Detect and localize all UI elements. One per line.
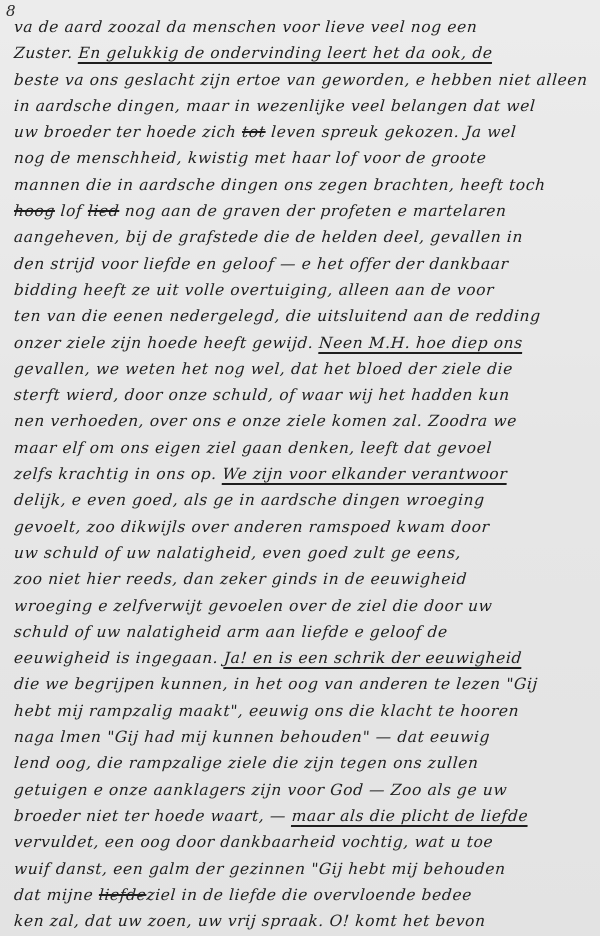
line-text: beste va ons geslacht zijn ertoe van gew… — [13, 71, 588, 89]
underlined-text: En gelukkig de ondervinding leert het da… — [78, 44, 493, 62]
line-text: zoo niet hier reeds, dan zeker ginds in … — [13, 570, 467, 588]
line-text: sterft wierd, door onze schuld, of waar … — [13, 386, 510, 404]
line-text: nog aan de graven der profeten e martela… — [119, 202, 508, 220]
line-text: nen verhoeden, over ons e onze ziele kom… — [13, 412, 517, 430]
line-text: broeder niet ter hoede waart, — — [13, 807, 292, 825]
line-text: maar elf om ons eigen ziel gaan denken, … — [13, 439, 492, 457]
line-text: den strijd voor liefde en geloof — e het… — [13, 255, 509, 273]
line-text: ken zal, dat uw zoen, uw vrij spraak. O!… — [13, 912, 486, 930]
manuscript-line: delijk, e even goed, als ge in aardsche … — [13, 487, 595, 513]
manuscript-line: nen verhoeden, over ons e onze ziele kom… — [13, 408, 595, 434]
manuscript-line: den strijd voor liefde en geloof — e het… — [13, 251, 595, 277]
manuscript-line: wuif danst, een galm der gezinnen "Gij h… — [13, 856, 595, 882]
line-text: aangeheven, bij de grafstede die de held… — [13, 228, 523, 246]
manuscript-line: onzer ziele zijn hoede heeft gewijd. Nee… — [13, 330, 595, 356]
line-text: lend oog, die rampzalige ziele die zijn … — [13, 754, 479, 772]
struck-text: lied — [87, 202, 120, 220]
underlined-text: Neen M.H. hoe diep ons — [318, 334, 523, 352]
line-text: Zuster. — [13, 44, 79, 62]
line-text: bidding heeft ze uit volle overtuiging, … — [13, 281, 494, 299]
underlined-text: maar als die plicht de liefde — [291, 807, 529, 825]
line-text: uw broeder ter hoede zich — [13, 123, 242, 141]
manuscript-line: hebt mij rampzalig maakt", eeuwig ons di… — [13, 698, 595, 724]
manuscript-line: dat mijne liefdeziel in de liefde die ov… — [13, 882, 595, 908]
manuscript-line: eeuwigheid is ingegaan. Ja! en is een sc… — [13, 645, 595, 671]
line-text: uw schuld of uw nalatigheid, even goed z… — [13, 544, 461, 562]
manuscript-line: hoog lof lied nog aan de graven der prof… — [13, 198, 595, 224]
line-text: mannen die in aardsche dingen ons zegen … — [13, 176, 546, 194]
handwritten-text-body: va de aard zoozal da menschen voor lieve… — [14, 14, 594, 934]
line-text: va de aard zoozal da menschen voor lieve… — [13, 18, 478, 36]
line-text: ziel in de liefde die overvloende bedee — [146, 886, 473, 904]
manuscript-line: naga lmen "Gij had mij kunnen behouden" … — [13, 724, 595, 750]
line-text: vervuldet, een oog door dankbaarheid voc… — [13, 833, 494, 851]
line-text: in aardsche dingen, maar in wezenlijke v… — [13, 97, 536, 115]
manuscript-line: gevoelt, zoo dikwijls over anderen ramsp… — [13, 514, 595, 540]
line-text: leven spreuk gekozen. Ja wel — [265, 123, 517, 141]
line-text: wroeging e zelfverwijt gevoelen over de … — [13, 597, 493, 615]
manuscript-line: zoo niet hier reeds, dan zeker ginds in … — [13, 566, 595, 592]
manuscript-line: uw schuld of uw nalatigheid, even goed z… — [13, 540, 595, 566]
manuscript-line: mannen die in aardsche dingen ons zegen … — [13, 172, 595, 198]
manuscript-line: die we begrijpen kunnen, in het oog van … — [13, 671, 595, 697]
struck-text: liefde — [98, 886, 147, 904]
line-text: onzer ziele zijn hoede heeft gewijd. — [13, 334, 319, 352]
underlined-text: We zijn voor elkander verantwoor — [222, 465, 508, 483]
manuscript-line: ken zal, dat uw zoen, uw vrij spraak. O!… — [13, 908, 595, 934]
manuscript-line: lend oog, die rampzalige ziele die zijn … — [13, 750, 595, 776]
line-text: schuld of uw nalatigheid arm aan liefde … — [13, 623, 448, 641]
manuscript-line: aangeheven, bij de grafstede die de held… — [13, 224, 595, 250]
line-text: zelfs krachtig in ons op. — [13, 465, 223, 483]
line-text: eeuwigheid is ingegaan. — [13, 649, 224, 667]
manuscript-line: broeder niet ter hoede waart, — maar als… — [13, 803, 595, 829]
manuscript-line: beste va ons geslacht zijn ertoe van gew… — [13, 67, 595, 93]
struck-text: tot — [241, 123, 266, 141]
manuscript-line: uw broeder ter hoede zich tot leven spre… — [13, 119, 595, 145]
line-text: ten van die eenen nedergelegd, die uitsl… — [13, 307, 541, 325]
manuscript-line: bidding heeft ze uit volle overtuiging, … — [13, 277, 595, 303]
manuscript-line: schuld of uw nalatigheid arm aan liefde … — [13, 619, 595, 645]
manuscript-page: 8 va de aard zoozal da menschen voor lie… — [0, 0, 600, 936]
manuscript-line: Zuster. En gelukkig de ondervinding leer… — [13, 40, 595, 66]
manuscript-line: gevallen, we weten het nog wel, dat het … — [13, 356, 595, 382]
line-text: lof — [54, 202, 88, 220]
manuscript-line: nog de menschheid, kwistig met haar lof … — [13, 145, 595, 171]
manuscript-line: maar elf om ons eigen ziel gaan denken, … — [13, 435, 595, 461]
line-text: delijk, e even goed, als ge in aardsche … — [13, 491, 485, 509]
manuscript-line: vervuldet, een oog door dankbaarheid voc… — [13, 829, 595, 855]
line-text: hebt mij rampzalig maakt", eeuwig ons di… — [13, 702, 519, 720]
manuscript-line: zelfs krachtig in ons op. We zijn voor e… — [13, 461, 595, 487]
line-text: naga lmen "Gij had mij kunnen behouden" … — [13, 728, 490, 746]
manuscript-line: ten van die eenen nedergelegd, die uitsl… — [13, 303, 595, 329]
manuscript-line: va de aard zoozal da menschen voor lieve… — [13, 14, 595, 40]
struck-text: hoog — [13, 202, 55, 220]
manuscript-line: getuigen e onze aanklagers zijn voor God… — [13, 777, 595, 803]
manuscript-line: sterft wierd, door onze schuld, of waar … — [13, 382, 595, 408]
line-text: gevoelt, zoo dikwijls over anderen ramsp… — [13, 518, 490, 536]
underlined-text: Ja! en is een schrik der eeuwigheid — [223, 649, 522, 667]
line-text: getuigen e onze aanklagers zijn voor God… — [13, 781, 508, 799]
line-text: die we begrijpen kunnen, in het oog van … — [13, 675, 538, 693]
line-text: dat mijne — [13, 886, 99, 904]
line-text: gevallen, we weten het nog wel, dat het … — [13, 360, 513, 378]
line-text: nog de menschheid, kwistig met haar lof … — [13, 149, 487, 167]
manuscript-line: wroeging e zelfverwijt gevoelen over de … — [13, 593, 595, 619]
manuscript-line: in aardsche dingen, maar in wezenlijke v… — [13, 93, 595, 119]
line-text: wuif danst, een galm der gezinnen "Gij h… — [13, 860, 506, 878]
